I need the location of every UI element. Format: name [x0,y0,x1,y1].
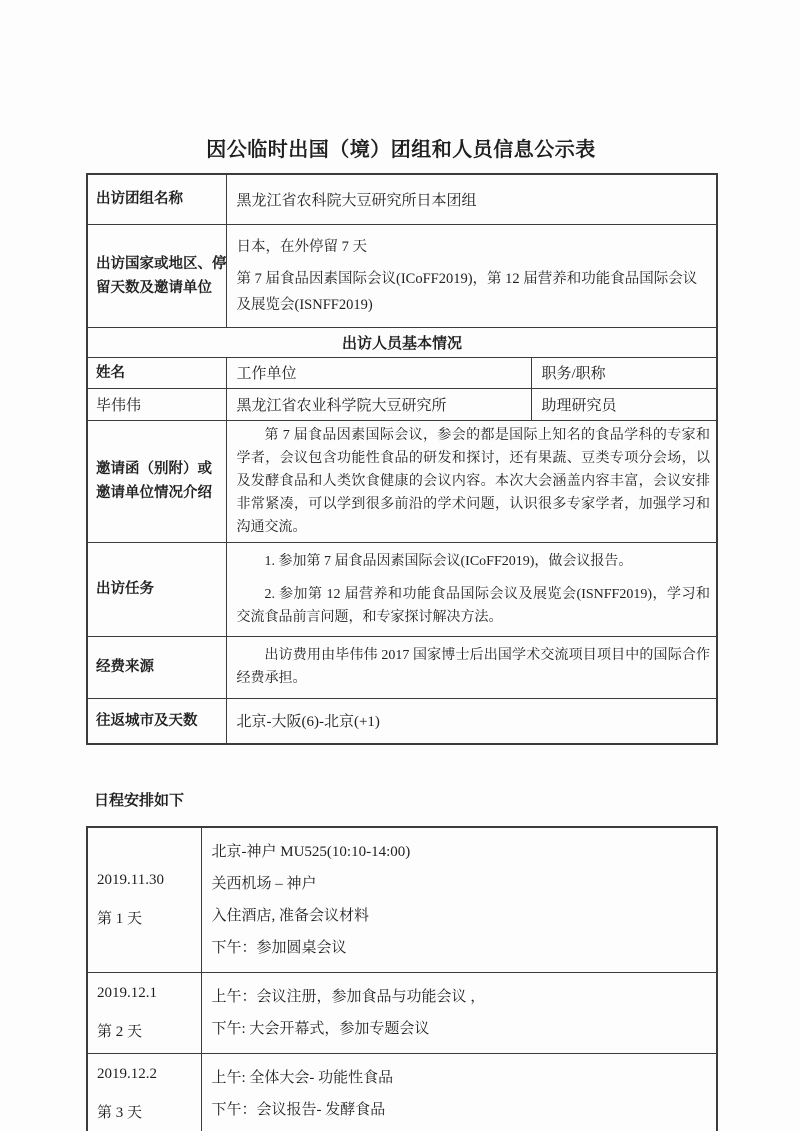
row-personnel-header: 出访人员基本情况 [87,327,717,357]
schedule-item: 关西机场 – 神户 [212,874,711,894]
person-title: 助理研究员 [531,388,717,420]
funding-paragraph: 出访费用由毕伟伟 2017 国家博士后出国学术交流项目项目中的国际合作经费承担。 [237,644,711,690]
row-cities: 往返城市及天数 北京-大阪(6)-北京(+1) [87,698,717,744]
schedule-item: 上午: 全体大会- 功能性食品 [212,1068,711,1088]
person-organization: 黑龙江省农业科学院大豆研究所 [226,388,531,420]
organization-header: 工作单位 [226,357,531,388]
destination-line: 日本，在外停留 7 天 [237,234,711,260]
schedule-table: 2019.11.30 第 1 天 北京-神户 MU525(10:10-14:00… [86,826,718,1131]
schedule-row: 2019.12.2 第 3 天 上午: 全体大会- 功能性食品 下午：会议报告-… [87,1054,717,1131]
cities-label: 往返城市及天数 [87,698,226,744]
row-funding: 经费来源 出访费用由毕伟伟 2017 国家博士后出国学术交流项目项目中的国际合作… [87,636,717,698]
personnel-section-title: 出访人员基本情况 [87,327,717,357]
name-header: 姓名 [87,357,226,388]
schedule-heading: 日程安排如下 [94,789,716,810]
schedule-items-cell: 北京-神户 MU525(10:10-14:00) 关西机场 – 神户 入住酒店,… [201,827,717,973]
funding-value: 出访费用由毕伟伟 2017 国家博士后出国学术交流项目项目中的国际合作经费承担。 [226,636,717,698]
row-destination: 出访国家或地区、停 留天数及邀请单位 日本，在外停留 7 天 第 7 届食品因素… [87,224,717,327]
schedule-item: 入住酒店, 准备会议材料 [212,906,711,926]
destination-line: 第 7 届食品因素国际会议(ICoFF2019)，第 12 届营养和功能食品国际… [237,266,711,318]
group-name-label: 出访团组名称 [87,174,226,224]
schedule-day-cell: 2019.11.30 第 1 天 [87,827,201,973]
schedule-row: 2019.12.1 第 2 天 上午：会议注册，参加食品与功能会议 ， 下午: … [87,973,717,1054]
destination-value: 日本，在外停留 7 天 第 7 届食品因素国际会议(ICoFF2019)，第 1… [226,224,717,327]
cities-value: 北京-大阪(6)-北京(+1) [226,698,717,744]
row-person: 毕伟伟 黑龙江省农业科学院大豆研究所 助理研究员 [87,388,717,420]
document-page: 因公临时出国（境）团组和人员信息公示表 出访团组名称 黑龙江省农科院大豆研究所日… [0,0,800,1131]
schedule-row: 2019.11.30 第 1 天 北京-神户 MU525(10:10-14:00… [87,827,717,973]
schedule-date: 2019.12.1 [97,985,199,1002]
schedule-day-number: 第 3 天 [97,1101,199,1122]
group-name-value: 黑龙江省农科院大豆研究所日本团组 [226,174,717,224]
person-name: 毕伟伟 [87,388,226,420]
tasks-label: 出访任务 [87,542,226,636]
task-item: 1. 参加第 7 届食品因素国际会议(ICoFF2019)，做会议报告。 [237,550,711,573]
row-invitation: 邀请函（别附）或 邀请单位情况介绍 第 7 届食品因素国际会议，参会的都是国际上… [87,420,717,542]
info-table: 出访团组名称 黑龙江省农科院大豆研究所日本团组 出访国家或地区、停 留天数及邀请… [86,173,718,745]
task-item: 2. 参加第 12 届营养和功能食品国际会议及展览会(ISNFF2019)，学习… [237,583,711,629]
schedule-date: 2019.11.30 [97,872,199,889]
invitation-label-line: 邀请函（别附）或 [96,457,223,481]
schedule-item: 上午：会议注册，参加食品与功能会议 ， [212,987,711,1007]
destination-label-line: 留天数及邀请单位 [96,276,223,300]
schedule-item: 北京-神户 MU525(10:10-14:00) [212,842,711,862]
invitation-value: 第 7 届食品因素国际会议，参会的都是国际上知名的食品学科的专家和学者，会议包含… [226,420,717,542]
destination-label-line: 出访国家或地区、停 [96,252,223,276]
schedule-item: 下午: 大会开幕式，参加专题会议 [212,1019,711,1039]
destination-label: 出访国家或地区、停 留天数及邀请单位 [87,224,226,327]
schedule-date: 2019.12.2 [97,1066,199,1083]
schedule-day-cell: 2019.12.1 第 2 天 [87,973,201,1054]
tasks-value: 1. 参加第 7 届食品因素国际会议(ICoFF2019)，做会议报告。 2. … [226,542,717,636]
schedule-items-cell: 上午: 全体大会- 功能性食品 下午：会议报告- 发酵食品 [201,1054,717,1131]
schedule-items-cell: 上午：会议注册，参加食品与功能会议 ， 下午: 大会开幕式，参加专题会议 [201,973,717,1054]
schedule-item: 下午：会议报告- 发酵食品 [212,1100,711,1120]
title-header: 职务/职称 [531,357,717,388]
row-personnel-columns: 姓名 工作单位 职务/职称 [87,357,717,388]
document-title: 因公临时出国（境）团组和人员信息公示表 [86,133,716,162]
invitation-paragraph: 第 7 届食品因素国际会议，参会的都是国际上知名的食品学科的专家和学者，会议包含… [237,424,711,539]
invitation-label-line: 邀请单位情况介绍 [96,481,223,505]
funding-label: 经费来源 [87,636,226,698]
row-group-name: 出访团组名称 黑龙江省农科院大豆研究所日本团组 [87,174,717,224]
invitation-label: 邀请函（别附）或 邀请单位情况介绍 [87,420,226,542]
schedule-day-cell: 2019.12.2 第 3 天 [87,1054,201,1131]
schedule-day-number: 第 1 天 [97,907,199,928]
row-tasks: 出访任务 1. 参加第 7 届食品因素国际会议(ICoFF2019)，做会议报告… [87,542,717,636]
schedule-item: 下午：参加圆桌会议 [212,938,711,958]
schedule-day-number: 第 2 天 [97,1020,199,1041]
